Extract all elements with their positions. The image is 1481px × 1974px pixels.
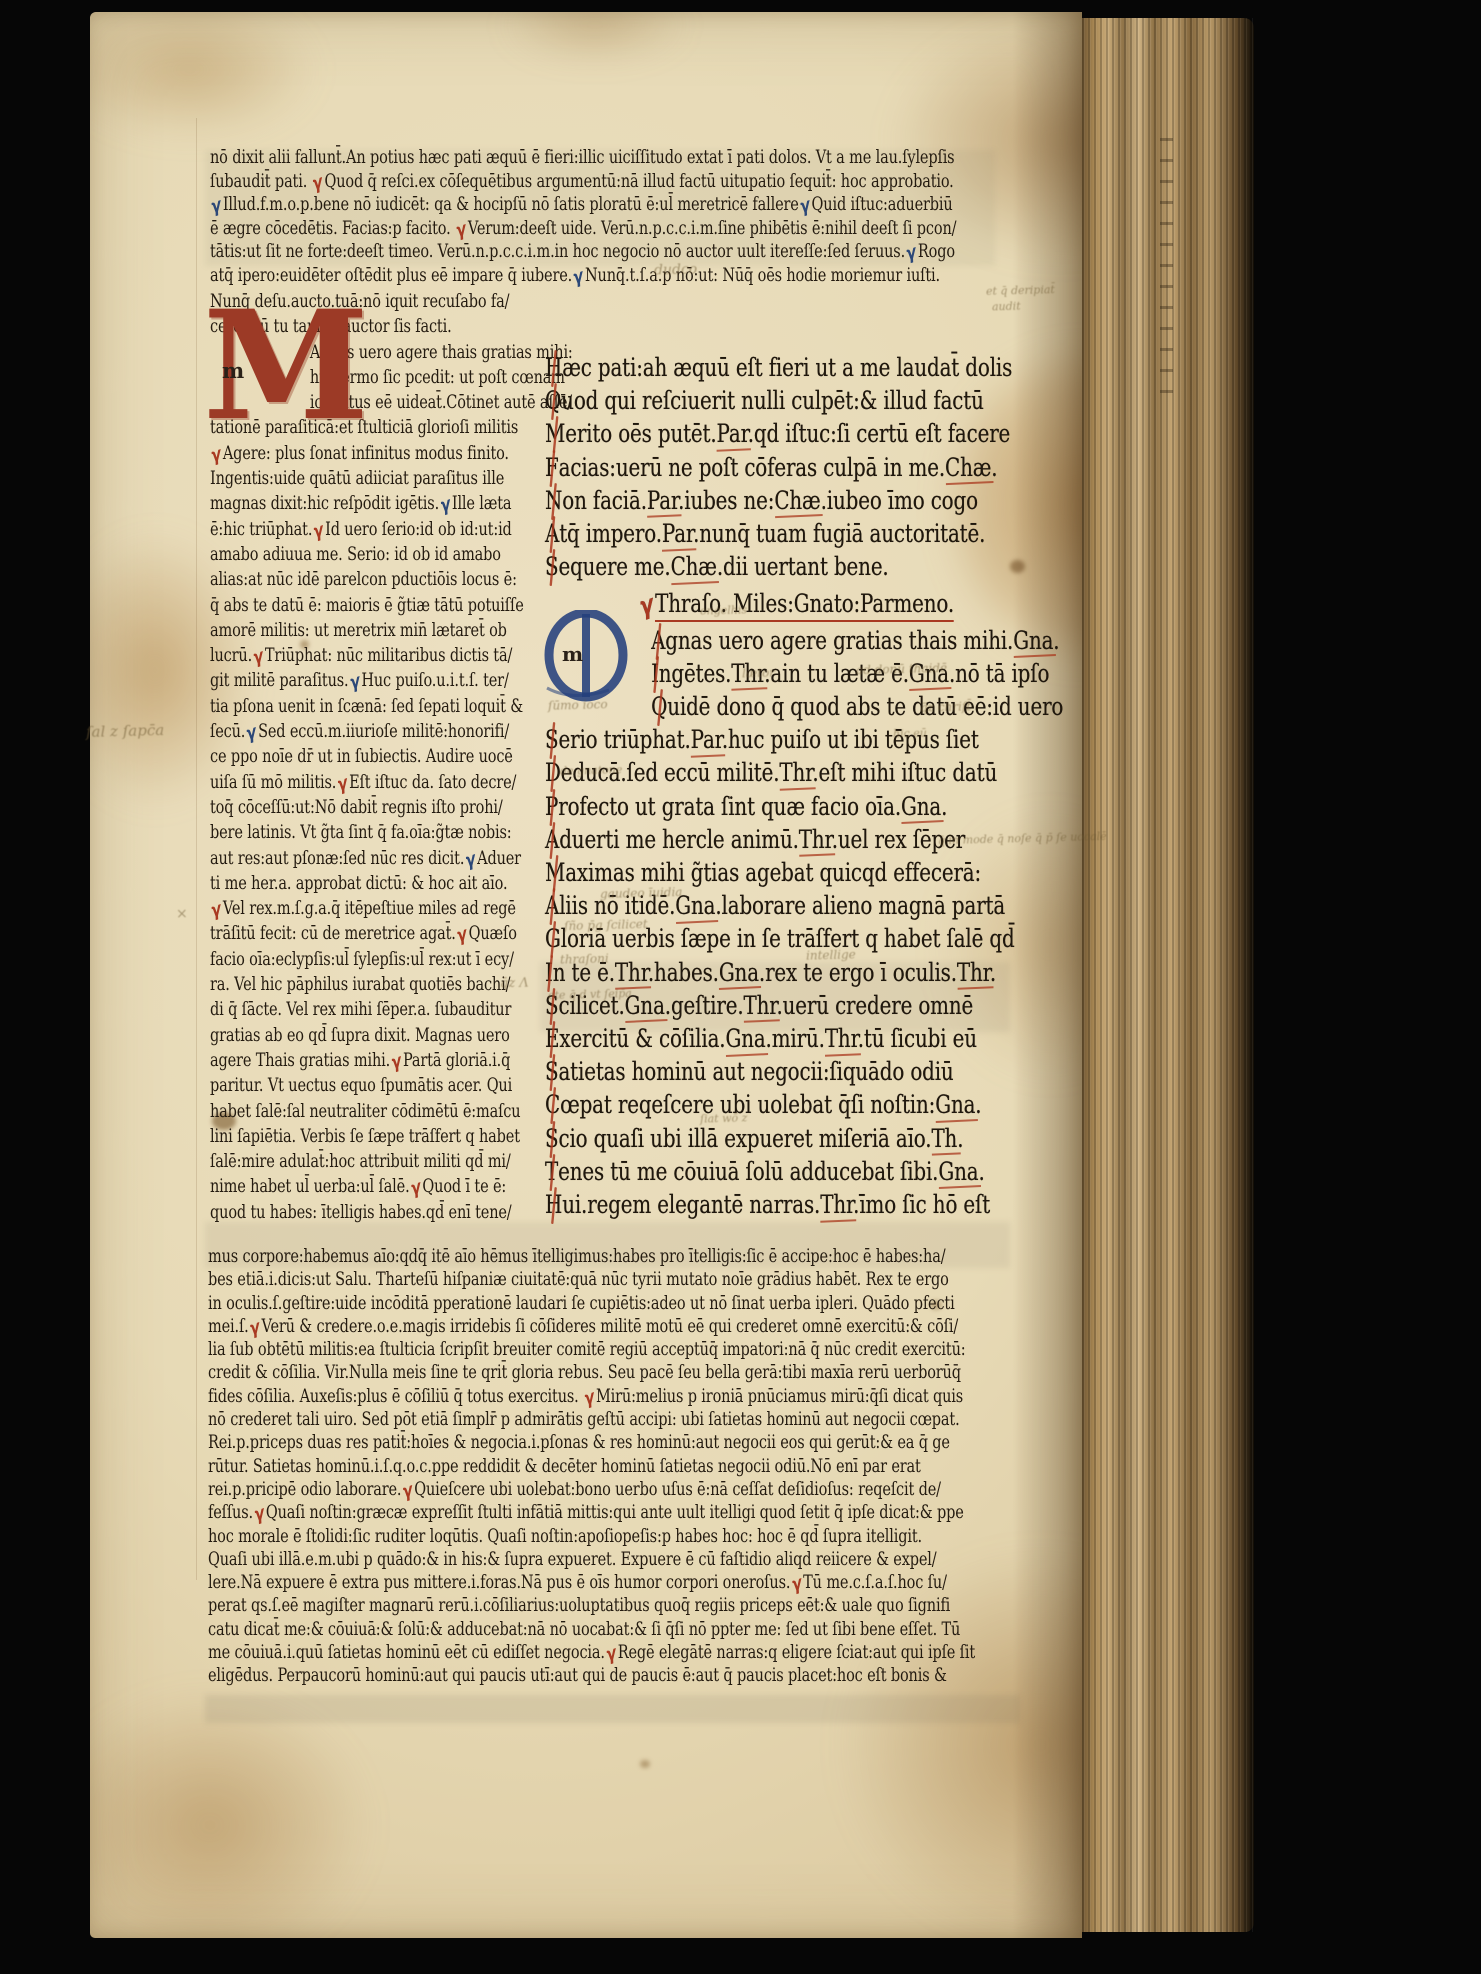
facing-page-fragment	[1160, 138, 1173, 410]
marginal-gloss: ſño p̄g ſcilicet	[564, 917, 648, 933]
marginal-gloss: et q̄ deripiat̄	[986, 283, 1055, 298]
rubricated-capital: F	[545, 452, 559, 485]
speaker-abbreviation: Chæ.	[671, 552, 723, 582]
commentary-line: lia ſub obtētū militis:ea ſtulticia ſcri…	[208, 1338, 1015, 1361]
pilcrow-blue-icon: γ	[347, 669, 361, 697]
speaker-abbreviation: Thr.	[615, 958, 654, 988]
marginal-gloss: ete q̄ d vt ſeip̄a	[548, 987, 632, 1002]
rubricated-capital: A	[545, 518, 559, 551]
verse-line: Atq̄ impero.Par.nunq̄ tuam fugiā auctori…	[545, 518, 1001, 551]
rubricated-capital: H	[545, 1189, 562, 1222]
marginal-gloss: ad donū thaidē	[856, 661, 947, 677]
marginal-gloss: ſiat wō̄ z	[700, 1111, 748, 1125]
commentary-line: nō crederet tali uiro. Sed pōt etiā ſimp…	[208, 1408, 1015, 1431]
marginal-gloss: de gnatone	[560, 763, 623, 778]
verse-line: Aduerti me hercle animū.Thr.uel rex ſēpe…	[545, 824, 1001, 857]
speaker-abbreviation: Gna.	[725, 1024, 771, 1054]
pilcrow-red-icon: γ	[251, 644, 265, 672]
verse-line: Scio quaſi ubi illā expueret miſeriā aīo…	[545, 1123, 1001, 1156]
commentary-line: alias:at nūc idē parelcon pductiōis locu…	[210, 567, 547, 592]
commentary-line: in oculis.ſ.geſtire:uide incōditā pperat…	[208, 1292, 1015, 1315]
rubricated-capital: P	[545, 791, 558, 824]
rubricated-capital: A	[651, 625, 665, 658]
speaker-abbreviation: Thr.	[820, 1190, 859, 1220]
commentary-line: amabo adiuua me. Serio: id ob id amabo	[210, 542, 547, 567]
pilcrow-red-icon: γ	[389, 1049, 403, 1077]
commentary-line: rei.p.pricipē odio laborare.γQuieſcere u…	[208, 1478, 1015, 1501]
marginal-gloss: gaudeo īuidia	[600, 885, 683, 901]
commentary-line: fides cōſilia. Auxeſis:plus ē cōſiliū q̄…	[208, 1385, 1015, 1408]
commentary-line: ſalē:mire adulat̄:hoc attribuit militi q…	[210, 1149, 547, 1174]
commentary-line: tātis:ut ſit ne forte:deeſt timeo. Verū.…	[210, 240, 1002, 264]
speaker-abbreviation: Gna.	[938, 1157, 984, 1187]
rubricated-capital: G	[545, 923, 561, 956]
commentary-line: ſubaudit̄ pati. γQuod q̄ reſci.ex cōſequ…	[210, 170, 1002, 194]
speaker-abbreviation: Par.	[647, 486, 684, 516]
commentary-line: lucrū.γTriūphat: nūc militaribus dictis …	[210, 643, 547, 668]
pilcrow-blue-icon: γ	[438, 492, 452, 520]
commentary-line: tia pſona uenit in ſcænā: ſed ſepati loq…	[210, 694, 547, 719]
pilcrow-blue-icon: γ	[571, 265, 585, 291]
book-photo: nō dixit alii fallunt̄.An potius hæc pat…	[0, 0, 1481, 1974]
pilcrow-red-icon: γ	[252, 1502, 266, 1528]
commentary-line: Rei.p.priceps duas res patit̄:hoīes & ne…	[208, 1431, 1015, 1454]
commentary-line: credit & cōſilia. Vir.Nulla meis ſine te…	[208, 1361, 1015, 1384]
commentary-line: ſecū.γSed eccū.m.iiurioſe militē:honorif…	[210, 719, 547, 744]
marginal-gloss: ongelhis	[700, 603, 747, 617]
pilcrow-blue-icon: γ	[244, 720, 258, 748]
verse-lines-before-heading: Hæc pati:ah æquū eſt fieri ut a me lauda…	[545, 352, 1001, 584]
speaker-abbreviation: Gna.	[1013, 626, 1059, 656]
verse-line: Cœpat reqeſcere ubi uolebat q̄ſi noſtin:…	[545, 1089, 1001, 1122]
commentary-line: ē ægre cōcedētis. Facias:p facito. γVeru…	[210, 217, 1002, 241]
speaker-abbreviation: Thr.	[799, 825, 838, 855]
commentary-line: ce ppo noīe dr̄ ut in ſubiectis. Audire …	[210, 744, 547, 769]
commentary-line: git militē paraſitus.γHuc puiſo.u.i.t.ſ.…	[210, 668, 547, 693]
speaker-abbreviation: Chæ.	[945, 453, 997, 483]
rubricated-capital: A	[545, 890, 559, 923]
speaker-abbreviation: Gna.	[935, 1090, 981, 1120]
commentary-line: toq̄ cōceſſū:ut:Nō dabit̄ regnis iſto pr…	[210, 795, 547, 820]
commentary-line: quod tu habes: ītelligis habes.qd̄ enī t…	[210, 1200, 547, 1225]
commentary-line: lini ſapiētia. Verbis ſe ſæpe trāſfert q…	[210, 1124, 547, 1149]
commentary-line: paritur. Vt uectus equo ſpumātis acer. Q…	[210, 1073, 547, 1098]
rubricated-capital: Q	[651, 691, 667, 724]
marginal-gloss: ſal z ſapc̄a	[86, 721, 165, 741]
speaker-abbreviation: Thr.	[825, 1024, 864, 1054]
rubricated-capital: A	[545, 824, 559, 857]
commentary-line: di q̄ ſācte. Vel rex mihi ſēper.a. ſubau…	[210, 997, 547, 1022]
pilcrow-red-icon: γ	[637, 589, 656, 625]
verse-line: Hæc pati:ah æquū eſt fieri ut a me lauda…	[545, 352, 1001, 385]
commentary-line: hoc morale ē ſtolidi:ſic ruditer loqūtis…	[208, 1525, 1015, 1548]
commentary-line: perat qs.ſ.eē magiſter magnarū rerū.i.cō…	[208, 1594, 1015, 1617]
speaker-abbreviation: Par.	[691, 725, 728, 755]
verse-line: In te ē.Thr.habes.Gna.rex te ergo ī ocul…	[545, 957, 1001, 990]
verse-line: Tenes tū me cōuiuā ſolū adducebat ſibi.G…	[545, 1156, 1001, 1189]
rubricated-capital: C	[545, 1089, 560, 1122]
commentary-line: mei.ſ.γVerū & credere.o.e.magis irridebi…	[208, 1315, 1015, 1338]
rubricated-capital: N	[545, 485, 562, 518]
commentary-line: agere Thais gratias mihi.γPartā gloriā.i…	[210, 1048, 547, 1073]
pilcrow-red-icon: γ	[311, 517, 325, 545]
blue-initial-M	[543, 610, 629, 706]
commentary-line: ra. Vel hic pāphilus iurabat quotiēs bac…	[210, 972, 547, 997]
verse-line: Maximas mihi g̃tias agebat quicqd effece…	[545, 857, 1001, 890]
rubricated-capital: Q	[545, 385, 561, 418]
commentary-line: habet ſalē:ſal neutraliter cōdimētū ē:ma…	[210, 1099, 547, 1124]
commentary-line: nō dixit alii fallunt̄.An potius hæc pat…	[210, 146, 1002, 170]
marginal-gloss: q̄z Λ	[500, 976, 529, 992]
commentary-line: Ingentis:uide quātū adiiciat paraſitus i…	[210, 466, 547, 491]
pilcrow-blue-icon: γ	[209, 194, 223, 220]
rubricated-capital: H	[545, 352, 562, 385]
rubricated-capital: M	[545, 418, 565, 451]
commentary-line: Quaſi ubi illā.e.m.ubi p quādo:& in his:…	[208, 1548, 1015, 1571]
red-initial-M: M	[203, 292, 313, 440]
rubricated-capital: S	[545, 1123, 558, 1156]
verse-line: Serio triūphat.Par.huc puiſo ut ibi tēpu…	[545, 724, 1001, 757]
pilcrow-red-icon: γ	[335, 770, 349, 798]
commentary-line: gratias ab eo qd̄ ſupra dixit. Magnas ue…	[210, 1023, 547, 1048]
marginal-gloss: lætor	[742, 666, 775, 681]
speaker-abbreviation: Th.	[931, 1124, 963, 1154]
rubricated-capital: M	[545, 857, 565, 890]
pilcrow-blue-icon: γ	[463, 846, 477, 874]
commentary-line: facio oīa:eclypſis:ul̄ ſylepſis:ul̄ rex:…	[210, 947, 547, 972]
verse-line: Exercitū & cōſilia.Gna.mirū.Thr.tū ſicub…	[545, 1023, 1001, 1056]
verse-line: Facias:uerū ne poſt cōferas culpā in me.…	[545, 452, 1001, 485]
verse-line: Sequere me.Chæ.dii uertant bene.	[545, 551, 1001, 584]
rubricated-capital: I	[545, 957, 553, 990]
commentary-line: γVel rex.m.ſ.g.a.q̄ itēpeſtiue miles ad …	[210, 896, 547, 921]
guide-letter: m	[562, 642, 583, 666]
rubricated-capital: S	[545, 551, 558, 584]
marginal-gloss: intellige	[806, 947, 856, 962]
commentary-line: aut res:aut pſonæ:ſed nūc res dicit.γAdu…	[210, 846, 547, 871]
commentary-line: bere latinis. Vt g̃ta ſint q̄ fa.oīa:g̃t…	[210, 820, 547, 845]
commentary-line: magnas dixit:hic reſpōdit igētis.γIlle l…	[210, 491, 547, 516]
commentary-line: rūtur. Satietas hominū.i.ſ.q.o.c.ppe red…	[208, 1455, 1015, 1478]
rubricated-capital: I	[651, 658, 659, 691]
speaker-abbreviation: Thr.	[779, 758, 818, 788]
marginal-gloss: hic eū	[893, 727, 927, 741]
speaker-abbreviation: Gna.	[901, 792, 947, 822]
commentary-line: trāſitū fecit: cū de meretrice agat̄.γQu…	[210, 921, 547, 946]
commentary-line: nime habet ul̄ uerba:ul̄ ſalē.γQuod ī te…	[210, 1174, 547, 1199]
commentary-line: me cōuiuā.i.quū ſatietas hominū eēt cū e…	[208, 1641, 1015, 1664]
rubricated-capital: S	[545, 1056, 558, 1089]
commentary-line: ē:hic triūphat.γId uero ſerio:id ob id:u…	[210, 517, 547, 542]
speaker-abbreviation: Gna.	[719, 958, 765, 988]
commentary-line: catu dicat̄ me:& cōuiuā:& ſolū:& adduceb…	[208, 1618, 1015, 1641]
ruling-line	[196, 118, 197, 1580]
rubricated-capital: S	[545, 724, 558, 757]
commentary-line: uiſa ſū mō militis.γEſt iſtuc da. ſato d…	[210, 770, 547, 795]
verse-column: Hæc pati:ah æquū eſt fieri ut a me lauda…	[545, 352, 1001, 1222]
marginal-gloss: audit	[992, 300, 1021, 314]
pilcrow-red-icon: γ	[455, 922, 469, 950]
speaker-abbreviation: Thr.	[957, 958, 996, 988]
verse-line: Profecto ut grata ſint quæ facio oīa.Gna…	[545, 791, 1001, 824]
commentary-line: bes etiā.i.dicis:ut Salu. Tharteſū hiſpa…	[208, 1268, 1015, 1291]
verse-line: Non faciā.Par.iubes ne:Chæ.iubeo īmo cog…	[545, 485, 1001, 518]
blue-initial-glyph	[543, 610, 629, 702]
speaker-abbreviation: Par.	[717, 419, 754, 449]
bottom-commentary-block: mus corpore:habemus aīo:qdq̄ itē aīo hēm…	[208, 1245, 1015, 1688]
pilcrow-red-icon: γ	[209, 897, 223, 925]
marginal-gloss: dudco	[654, 261, 698, 278]
marginal-gloss: ſūmo ioco	[548, 697, 608, 713]
rubricated-capital: D	[545, 757, 561, 790]
speaker-abbreviation: Par.	[662, 519, 699, 549]
rubricated-capital: E	[545, 1023, 559, 1056]
guide-letter: m	[222, 358, 244, 383]
marginal-gloss: thraſoni	[560, 951, 609, 966]
speaker-abbreviation: Thr.	[744, 991, 783, 1021]
verse-line: Satietas hominū aut negocii:ſiquādo odiū	[545, 1056, 1001, 1089]
commentary-line: q̄ abs te datū ē: maioris ē g̃tiæ tātū p…	[210, 593, 547, 618]
marginal-gloss: ×	[176, 906, 188, 922]
commentary-line: feſſus.γQuaſi noſtin:græcæ expreſſit ſtu…	[208, 1501, 1015, 1524]
rubricated-capital: T	[545, 1156, 558, 1189]
pilcrow-red-icon: γ	[408, 1175, 422, 1203]
commentary-line: eligēdus. Perpaucorū hominū:aut qui pauc…	[208, 1664, 1015, 1687]
top-commentary-block: nō dixit alii fallunt̄.An potius hæc pat…	[210, 146, 1002, 288]
marginal-gloss: q̄z chriſt̄	[920, 699, 971, 714]
commentary-line: amorē militis: ut meretrix min̄ lætaret̄…	[210, 618, 547, 643]
verse-line: Merito oēs putēt.Par.qd iſtuc:ſi certū e…	[545, 418, 1001, 451]
verse-line: Quod qui reſciuerit nulli culpēt:& illud…	[545, 385, 1001, 418]
commentary-line: lere.Nā expuere ē extra pus mittere.i.fo…	[208, 1571, 1015, 1594]
commentary-line: mus corpore:habemus aīo:qdq̄ itē aīo hēm…	[208, 1245, 1015, 1268]
pilcrow-blue-icon: γ	[798, 194, 812, 220]
commentary-line: ti me her.a. approbat dictū: & hoc ait a…	[210, 871, 547, 896]
speaker-abbreviation: Chæ.	[774, 486, 826, 516]
verse-line: Hui.regem elegantē narras.Thr.īmo ſic hō…	[545, 1189, 1001, 1222]
commentary-line: γIllud.f.m.o.p.bene nō iudicēt: qa & hoc…	[210, 193, 1002, 217]
